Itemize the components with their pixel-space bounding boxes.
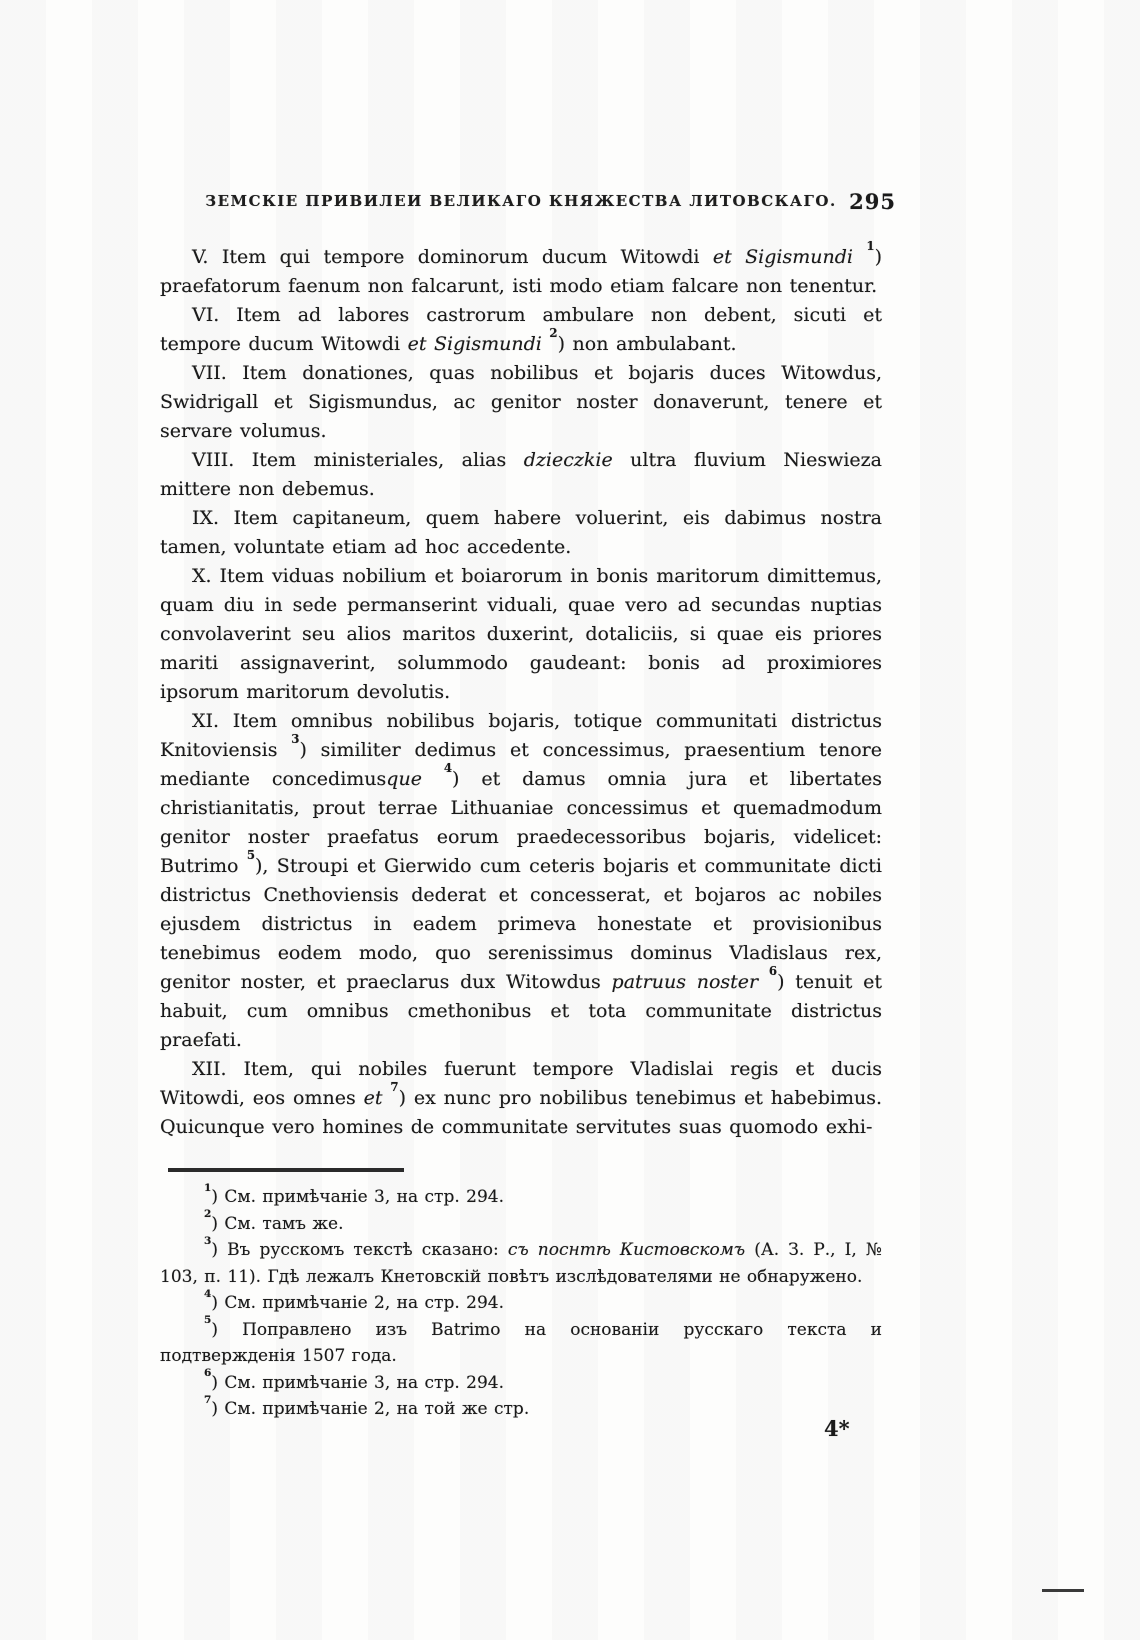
italic-text: съ поснтѣ Кистовскомъ bbox=[508, 1240, 745, 1260]
paragraph: IX. Item capitaneum, quem habere volueri… bbox=[160, 504, 882, 562]
footnote: 1) См. примѣчаніе 3, на стр. 294. bbox=[160, 1184, 882, 1211]
footnote-marker: 2 bbox=[204, 1208, 211, 1220]
footnote-marker: 3 bbox=[204, 1235, 211, 1247]
footnote-reference: 5 bbox=[247, 848, 255, 862]
footnote-marker-paren: ) bbox=[211, 1373, 224, 1393]
main-text-block: V. Item qui tempore dominorum ducum Wito… bbox=[160, 243, 882, 1142]
italic-text: et Sigismundi bbox=[713, 246, 853, 268]
text-run: Въ русскомъ текстѣ сказано: bbox=[227, 1240, 508, 1260]
book-page: ЗЕМСКІЕ ПРИВИЛЕИ ВЕЛИКАГО КНЯЖЕСТВА ЛИТО… bbox=[0, 0, 1140, 1640]
paragraph: VI. Item ad labores castrorum ambulare n… bbox=[160, 301, 882, 359]
running-header: ЗЕМСКІЕ ПРИВИЛЕИ ВЕЛИКАГО КНЯЖЕСТВА ЛИТО… bbox=[160, 192, 882, 218]
text-run: VII. Item donationes, quas nobilibus et … bbox=[160, 362, 882, 442]
footnote-marker: 6 bbox=[204, 1367, 211, 1379]
paragraph: V. Item qui tempore dominorum ducum Wito… bbox=[160, 243, 882, 301]
footnote-separator-rule bbox=[168, 1168, 404, 1172]
footnote: 6) См. примѣчаніе 3, на стр. 294. bbox=[160, 1370, 882, 1397]
footnote: 5) Поправлено изъ Batrimo на основаніи р… bbox=[160, 1317, 882, 1370]
footnote-marker: 1 bbox=[204, 1182, 211, 1194]
bottom-right-rule bbox=[1042, 1589, 1084, 1592]
footnote: 4) См. примѣчаніе 2, на стр. 294. bbox=[160, 1290, 882, 1317]
text-run: См. примѣчаніе 3, на стр. 294. bbox=[224, 1187, 504, 1207]
footnote-marker-paren: ) bbox=[211, 1187, 224, 1207]
footnote: 7) См. примѣчаніе 2, на той же стр. bbox=[160, 1396, 882, 1423]
text-run bbox=[853, 246, 866, 268]
text-run: IX. Item capitaneum, quem habere volueri… bbox=[160, 507, 882, 558]
text-run: X. Item viduas nobilium et boiarorum in … bbox=[160, 565, 882, 703]
text-run: Поправлено изъ Batrimo на основаніи русс… bbox=[160, 1320, 882, 1367]
footnote-reference: 3 bbox=[291, 732, 299, 746]
italic-text: que bbox=[386, 768, 422, 790]
paragraph: XI. Item omnibus nobilibus bojaris, toti… bbox=[160, 707, 882, 1055]
text-run bbox=[758, 971, 769, 993]
footnote-marker: 4 bbox=[204, 1288, 211, 1300]
footnote-reference: 1 bbox=[866, 239, 874, 253]
paragraph: XII. Item, qui nobiles fuerunt tempore V… bbox=[160, 1055, 882, 1142]
text-run: VIII. Item ministeriales, alias bbox=[192, 449, 524, 471]
footnote-marker: 5 bbox=[204, 1314, 211, 1326]
text-run: См. примѣчаніе 2, на той же стр. bbox=[224, 1399, 529, 1419]
text-run: См. примѣчаніе 2, на стр. 294. bbox=[224, 1293, 504, 1313]
page-number: 295 bbox=[849, 189, 896, 214]
footnote: 2) См. тамъ же. bbox=[160, 1211, 882, 1238]
footnote: 3) Въ русскомъ текстѣ сказано: съ поснтѣ… bbox=[160, 1237, 882, 1290]
paragraph: VII. Item donationes, quas nobilibus et … bbox=[160, 359, 882, 446]
italic-text: et bbox=[364, 1087, 383, 1109]
footnote-marker-paren: ) bbox=[211, 1399, 224, 1419]
italic-text: et Sigismundi bbox=[408, 333, 542, 355]
footnote-marker-paren: ) bbox=[211, 1293, 224, 1313]
text-run: V. Item qui tempore dominorum ducum Wito… bbox=[192, 246, 713, 268]
footnote-marker: 7 bbox=[204, 1394, 211, 1406]
footnote-reference: 4 bbox=[444, 761, 452, 775]
text-run: См. примѣчаніе 3, на стр. 294. bbox=[224, 1373, 504, 1393]
text-run: См. тамъ же. bbox=[224, 1214, 343, 1234]
footnote-reference: 6 bbox=[769, 964, 777, 978]
italic-text: patruus noster bbox=[612, 971, 759, 993]
running-header-title: ЗЕМСКІЕ ПРИВИЛЕИ ВЕЛИКАГО КНЯЖЕСТВА ЛИТО… bbox=[160, 192, 882, 210]
footnote-marker-paren: ) bbox=[211, 1240, 227, 1260]
footnote-marker-paren: ) bbox=[211, 1320, 242, 1340]
text-run bbox=[422, 768, 444, 790]
footnotes-block: 1) См. примѣчаніе 3, на стр. 294.2) См. … bbox=[160, 1184, 882, 1423]
footnote-reference: 7 bbox=[390, 1080, 398, 1094]
footnote-marker-paren: ) bbox=[211, 1214, 224, 1234]
text-run: ) non ambulabant. bbox=[558, 333, 737, 355]
footnote-reference: 2 bbox=[549, 326, 557, 340]
paragraph: VIII. Item ministeriales, alias dzieczki… bbox=[160, 446, 882, 504]
paragraph: X. Item viduas nobilium et boiarorum in … bbox=[160, 562, 882, 707]
signature-mark: 4* bbox=[824, 1416, 850, 1441]
italic-text: dzieczkie bbox=[524, 449, 613, 471]
